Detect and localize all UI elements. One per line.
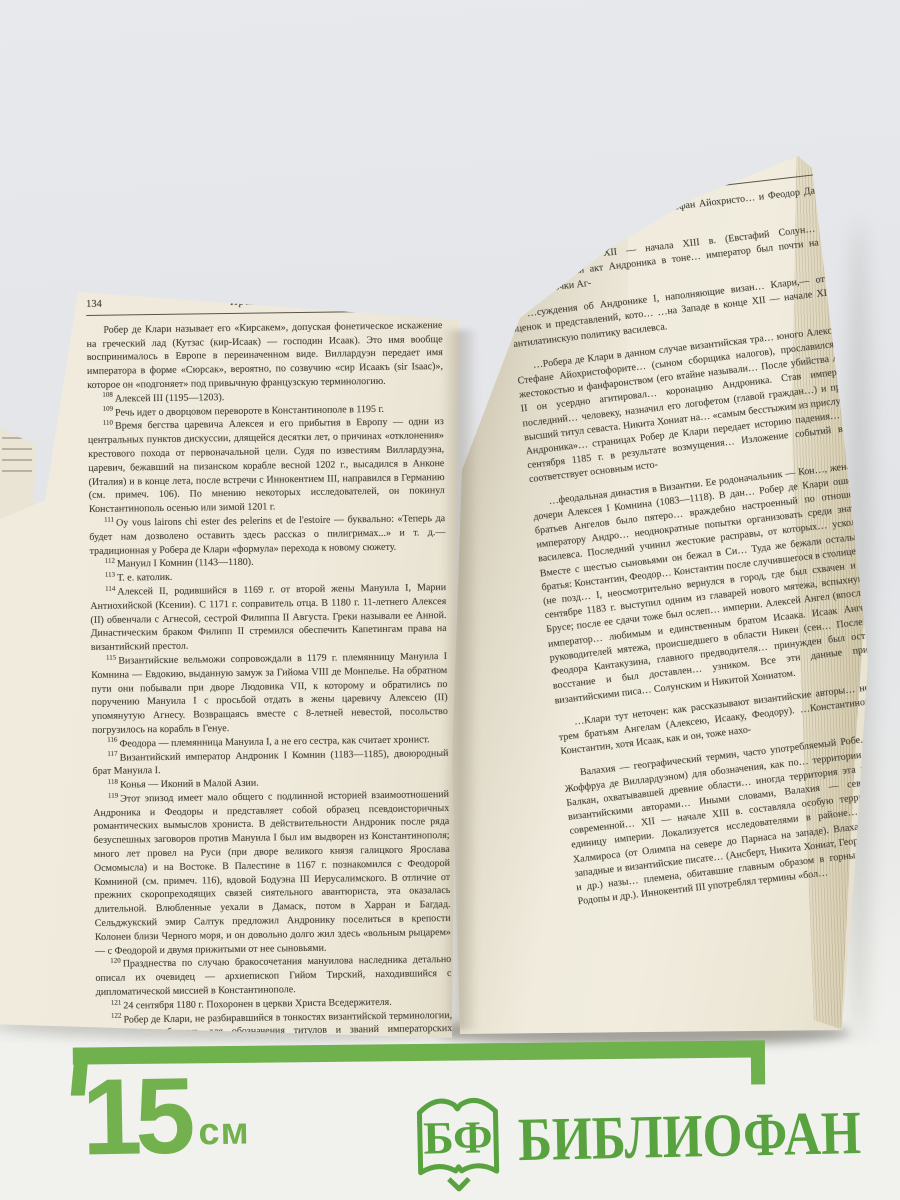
note-text: …Робера де Клари в данном случае византи…: [517, 321, 876, 485]
note-superscript: [577, 765, 578, 773]
book-page-left: 134 Приложения Робер де Клари называет е…: [0, 284, 510, 1048]
note-text: Oy vous lairons chi ester des pelerins e…: [89, 513, 445, 557]
note-text: Т. е. католик.: [117, 572, 172, 584]
open-book-logo-icon: БФ: [409, 1085, 507, 1197]
note-superscript: 113: [105, 570, 115, 578]
note-superscript: [571, 714, 572, 722]
note-text: Время бегства царевича Алексея и его при…: [88, 416, 445, 515]
left-page-text: 134 Приложения Робер де Клари называет е…: [86, 293, 453, 1110]
bibliofan-logo: БФ БИБЛИОФАН: [409, 1077, 880, 1197]
note-superscript: 112: [105, 557, 115, 565]
right-page-number: 135: [800, 154, 845, 173]
note-item: 119Этот эпизод имеет мало общего с подли…: [93, 788, 451, 959]
note-item: 115Византийские вельможи сопровождали в …: [91, 650, 448, 738]
note-superscript: [546, 494, 547, 502]
scale-value: 15: [81, 1055, 189, 1178]
note-superscript: [518, 255, 519, 263]
left-page-number: 134: [86, 297, 130, 311]
note-item: 114Алексей II, родившийся в 1169 г. от в…: [90, 581, 447, 655]
spine-seam-shadow: [442, 330, 478, 1030]
note-superscript: 110: [103, 419, 113, 427]
photo-background: 134 Приложения Робер де Клари называет е…: [0, 0, 900, 1200]
note-superscript: 114: [105, 584, 115, 592]
left-page-notes: Робер де Клари называет его «Кирсакем», …: [86, 319, 453, 1110]
note-text: Мануил I Комнин (1143—1180).: [117, 557, 254, 570]
note-text: Этот эпизод имеет мало общего с подлинно…: [93, 789, 451, 957]
note-text: …феодальная династия в Византии. Ее родо…: [533, 457, 900, 706]
note-superscript: 120: [110, 957, 121, 965]
note-text: Робер де Клари называет его «Кирсакем», …: [87, 320, 444, 391]
note-text: Алексей III (1195—1203).: [115, 392, 225, 405]
note-superscript: 122: [111, 1012, 122, 1020]
note-superscript: 108: [102, 391, 113, 399]
note-text: Валахия — географический термин, часто у…: [564, 729, 900, 907]
note-superscript: [514, 218, 515, 226]
note-superscript: 111: [104, 515, 114, 523]
book-page-right: Примечания 135 …исполнителями убийства б…: [438, 138, 868, 1048]
note-item: Валахия — географический термин, часто у…: [562, 728, 900, 909]
note-item: …феодальная династия в Византии. Ее родо…: [531, 456, 900, 708]
note-text: Конья — Иконий в Малой Азии.: [120, 778, 259, 791]
note-text: Византийские вельможи сопровождали в 117…: [91, 651, 448, 736]
scale-label: 15см: [81, 1061, 250, 1172]
note-superscript: 117: [107, 750, 117, 758]
note-text: Празднества по случаю бракосочетания ман…: [95, 954, 451, 998]
note-text: Византийский император Андроник I Комнин…: [93, 747, 449, 777]
note-superscript: 109: [102, 405, 113, 413]
note-item: 120Празднества по случаю бракосочетания …: [95, 953, 452, 999]
note-superscript: [530, 358, 531, 366]
note-text: Алексей II, родившийся в 1169 г. от втор…: [90, 582, 447, 653]
left-running-title: Приложения: [130, 294, 398, 312]
left-page-header: 134 Приложения: [86, 293, 442, 316]
note-superscript: [524, 306, 525, 314]
note-item: 111Oy vous lairons chi ester des pelerin…: [89, 512, 446, 558]
logo-name: БИБЛИОФАН: [517, 1072, 862, 1200]
note-superscript: 121: [111, 998, 122, 1006]
note-text: 24 сентября 1180 г. Похоронен в церкви Х…: [123, 997, 391, 1012]
note-superscript: 119: [108, 791, 118, 799]
scale-unit: см: [198, 1111, 250, 1154]
note-item: 110Время бегства царевича Алексея и его …: [88, 415, 445, 517]
note-superscript: 115: [106, 653, 116, 661]
note-superscript: 116: [107, 736, 117, 744]
note-superscript: 118: [108, 777, 118, 785]
note-item: Робер де Клари называет его «Кирсакем», …: [86, 319, 443, 393]
logo-monogram: БФ: [423, 1111, 493, 1163]
